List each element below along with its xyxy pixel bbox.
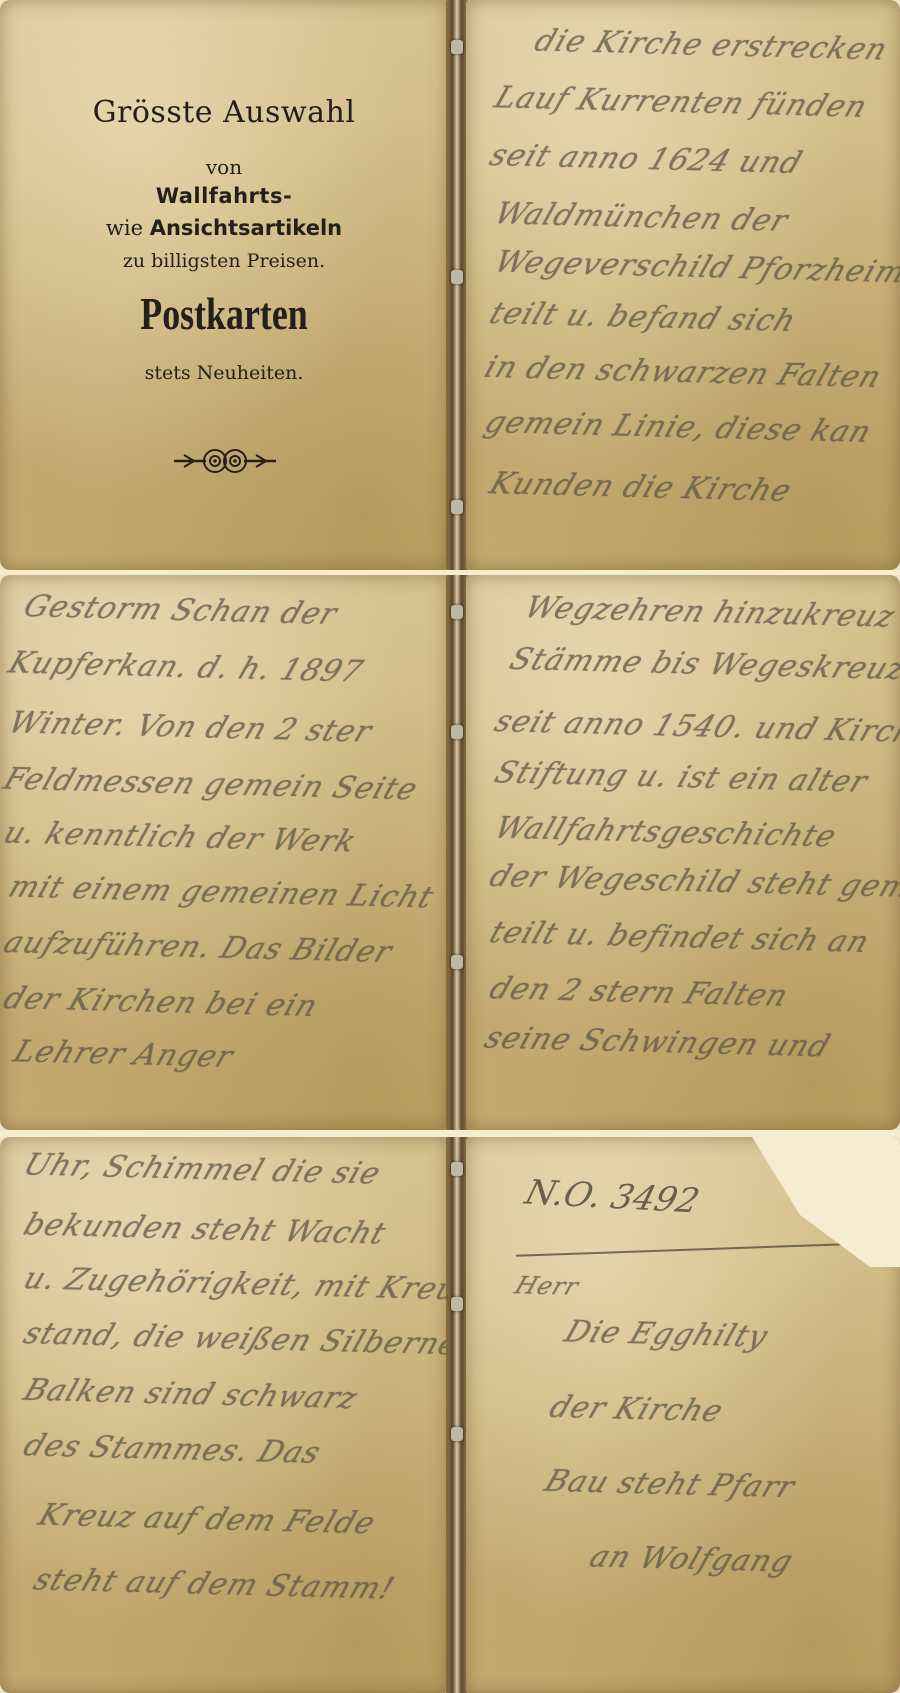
- stitch: [451, 500, 463, 514]
- stitch: [451, 1427, 463, 1441]
- spread-1: Grösste Auswahl von Wallfahrts- wie Ansi…: [0, 0, 900, 570]
- handwritten-page: Uhr, Schimmel die sie bekunden steht Wac…: [0, 1137, 448, 1693]
- handwritten-line: teilt u. befand sich: [485, 296, 801, 339]
- cover-page: Grösste Auswahl von Wallfahrts- wie Ansi…: [0, 0, 448, 570]
- stitch: [451, 955, 463, 969]
- handwritten-line: Kreuz auf dem Felde: [34, 1498, 381, 1541]
- handwritten-line: gemein Linie, diese kan: [480, 405, 877, 450]
- pencil-notes: Gestorm Schan der Kupferkan. d. h. 1897 …: [0, 575, 448, 1130]
- handwritten-line: an Wolfgang: [585, 1540, 798, 1580]
- handwritten-line: seine Schwingen und: [480, 1021, 835, 1065]
- handwritten-line: steht auf dem Stamm!: [29, 1562, 400, 1606]
- handwritten-line: Winter. Von den 2 ster: [4, 705, 377, 749]
- scroll-ornament-icon: [170, 446, 280, 476]
- handwritten-line: der Kirche: [545, 1390, 728, 1429]
- handwritten-line: u. Zugehörigkeit, mit Kreuz: [19, 1261, 448, 1307]
- cover-preisen: zu billigsten Preisen.: [0, 250, 448, 272]
- handwritten-line: Wegzehren hinzukreuz: [520, 590, 900, 634]
- underline-rule: [516, 1243, 846, 1257]
- spread-3: Uhr, Schimmel die sie bekunden steht Wac…: [0, 1137, 900, 1693]
- handwritten-line: Bau steht Pfarr: [540, 1464, 800, 1505]
- handwritten-line: Stämme bis Wegeskreuz: [505, 642, 900, 687]
- cover-ansichtsartikeln: Ansichtsartikeln: [150, 216, 342, 240]
- handwritten-line: Stiftung u. ist ein alter: [490, 755, 873, 799]
- handwritten-line: Die Egghilty: [560, 1315, 773, 1355]
- handwritten-line: Balken sind schwarz: [19, 1373, 363, 1416]
- handwritten-line: u. kenntlich der Werk: [0, 816, 361, 860]
- handwritten-page: Gestorm Schan der Kupferkan. d. h. 1897 …: [0, 575, 448, 1130]
- handwritten-line: den 2 stern Falten: [485, 971, 793, 1013]
- cover-wallfahrts: Wallfahrts-: [0, 184, 448, 208]
- scan-gap: [0, 1130, 900, 1137]
- stitch: [451, 605, 463, 619]
- stitch: [451, 1297, 463, 1311]
- handwritten-page: Wegzehren hinzukreuz Stämme bis Wegeskre…: [466, 575, 900, 1130]
- handwritten-line: aufzuführen. Das Bilder: [0, 925, 397, 970]
- handwritten-line: des Stammes. Das: [19, 1428, 326, 1470]
- handwritten-line: der Wegeschild steht gemein: [485, 859, 900, 906]
- spine: [446, 1137, 468, 1693]
- handwritten-page: die Kirche erstrecken Lauf Kurrenten fün…: [466, 0, 900, 570]
- spine: [446, 0, 468, 570]
- printed-advertisement: Grösste Auswahl von Wallfahrts- wie Ansi…: [0, 0, 448, 570]
- handwritten-line: Kupferkan. d. h. 1897: [4, 646, 368, 690]
- spread-2: Gestorm Schan der Kupferkan. d. h. 1897 …: [0, 575, 900, 1130]
- handwritten-line: seit anno 1540. und Kirchen: [490, 704, 900, 751]
- reference-number: N.O. 3492: [521, 1173, 704, 1222]
- cover-wie: wie: [106, 216, 143, 240]
- cover-postkarten: Postkarten: [49, 287, 398, 340]
- handwritten-line: Lauf Kurrenten fünden: [490, 80, 872, 124]
- handwritten-line: Feldmessen gemein Seite: [0, 762, 423, 807]
- handwritten-line: mit einem gemeinen Licht: [4, 870, 439, 916]
- handwritten-line: seit anno 1624 und: [485, 138, 807, 181]
- handwritten-line: Uhr, Schimmel die sie: [19, 1148, 386, 1192]
- handwritten-line: Lehrer Anger: [9, 1034, 238, 1074]
- handwritten-line: der Kirchen bei ein: [0, 981, 323, 1024]
- handwritten-line: die Kirche erstrecken: [530, 24, 893, 68]
- handwritten-line: teilt u. befindet sich an: [485, 915, 875, 960]
- handwritten-line: Kunden die Kirche: [485, 466, 797, 509]
- cover-wie-line: wie Ansichtsartikeln: [0, 216, 448, 240]
- handwritten-line: Wallfahrtsgeschichte: [490, 811, 842, 855]
- stitch: [451, 270, 463, 284]
- handwritten-line: Gestorm Schan der: [19, 589, 342, 632]
- handwritten-line: bekunden steht Wacht: [19, 1207, 391, 1251]
- handwritten-line: in den schwarzen Falten: [480, 350, 887, 395]
- pencil-notes: Uhr, Schimmel die sie bekunden steht Wac…: [0, 1137, 448, 1693]
- handwritten-line: Wegeverschild Pforzheim: [490, 245, 900, 290]
- spine: [446, 575, 468, 1130]
- cover-title: Grösste Auswahl: [0, 95, 448, 130]
- stitch: [451, 40, 463, 54]
- stitch: [451, 1162, 463, 1176]
- pencil-notes: Wegzehren hinzukreuz Stämme bis Wegeskre…: [466, 575, 900, 1130]
- cover-neuheiten: stets Neuheiten.: [0, 362, 448, 384]
- pencil-notes: die Kirche erstrecken Lauf Kurrenten fün…: [466, 0, 900, 570]
- cover-von: von: [0, 155, 448, 179]
- handwritten-page: N.O. 3492 Herr Die Egghilty der Kirche B…: [466, 1137, 900, 1693]
- handwritten-line: Waldmünchen der: [490, 196, 793, 238]
- stitch: [451, 725, 463, 739]
- handwritten-line: stand, die weißen Silbernen: [19, 1316, 448, 1363]
- handwritten-line: Herr: [511, 1271, 583, 1300]
